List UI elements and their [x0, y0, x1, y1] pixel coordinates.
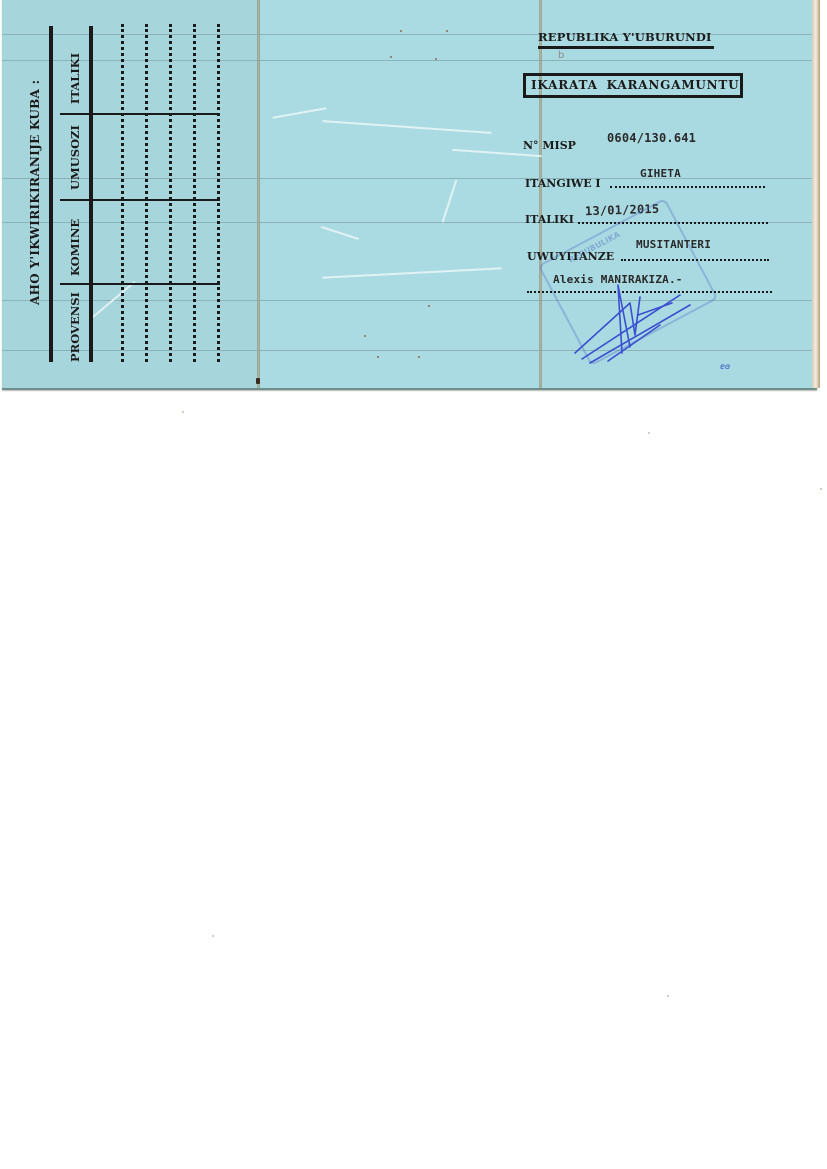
issuer-title: MUSITANTERI — [636, 238, 711, 251]
dust-speck — [667, 995, 669, 997]
table-border — [89, 26, 93, 362]
dust-speck — [182, 411, 184, 413]
speck — [435, 58, 437, 60]
column-divider — [60, 113, 220, 115]
column-divider — [60, 283, 220, 285]
residence-history-title: AHO Y'IKWIRIKIRANIJE KUBA : — [28, 80, 42, 305]
handwritten-mark: b — [558, 50, 564, 61]
misp-value: 0604/130.641 — [607, 131, 696, 145]
speck — [400, 30, 402, 32]
speck — [390, 56, 392, 58]
entry-line — [217, 24, 220, 362]
entry-line — [193, 24, 196, 362]
heading-underline — [538, 46, 714, 49]
ink-mark: ɐɞ — [720, 362, 730, 371]
table-border — [49, 26, 53, 362]
speck — [428, 305, 430, 307]
column-header-komine: KOMINE — [68, 219, 82, 276]
country-heading: REPUBLIKA Y'UBURUNDI — [538, 30, 712, 44]
dust-speck — [820, 488, 822, 490]
fold-line — [257, 0, 260, 388]
card-edge — [812, 0, 820, 388]
dust-speck — [212, 935, 214, 937]
entry-line — [145, 24, 148, 362]
column-divider — [60, 199, 220, 201]
card-title: IKARATA KARANGAMUNTU — [531, 78, 739, 92]
issued-at-line — [610, 186, 765, 188]
middle-panel — [260, 0, 540, 388]
card-title-box: IKARATA KARANGAMUNTU — [523, 73, 743, 98]
issued-at-label: ITANGIWE I — [525, 177, 601, 190]
column-header-umusozi: UMUSOZI — [68, 125, 82, 190]
speck — [418, 356, 420, 358]
issuer-line — [621, 259, 769, 261]
speck — [446, 30, 448, 32]
date-label: ITALIKI — [525, 213, 574, 226]
dust-speck — [648, 432, 650, 434]
signature — [560, 275, 700, 365]
issuer-label: UWUYITANZE — [527, 250, 614, 263]
column-header-provensi: PROVENSI — [68, 292, 82, 362]
column-header-italiki: ITALIKI — [68, 53, 82, 104]
entry-line — [169, 24, 172, 362]
fold-line — [539, 0, 542, 388]
speck — [256, 378, 260, 384]
entry-line — [121, 24, 124, 362]
issued-at-value: GIHETA — [640, 167, 681, 180]
speck — [377, 356, 379, 358]
speck — [364, 335, 366, 337]
misp-label: N° MISP — [523, 139, 576, 152]
